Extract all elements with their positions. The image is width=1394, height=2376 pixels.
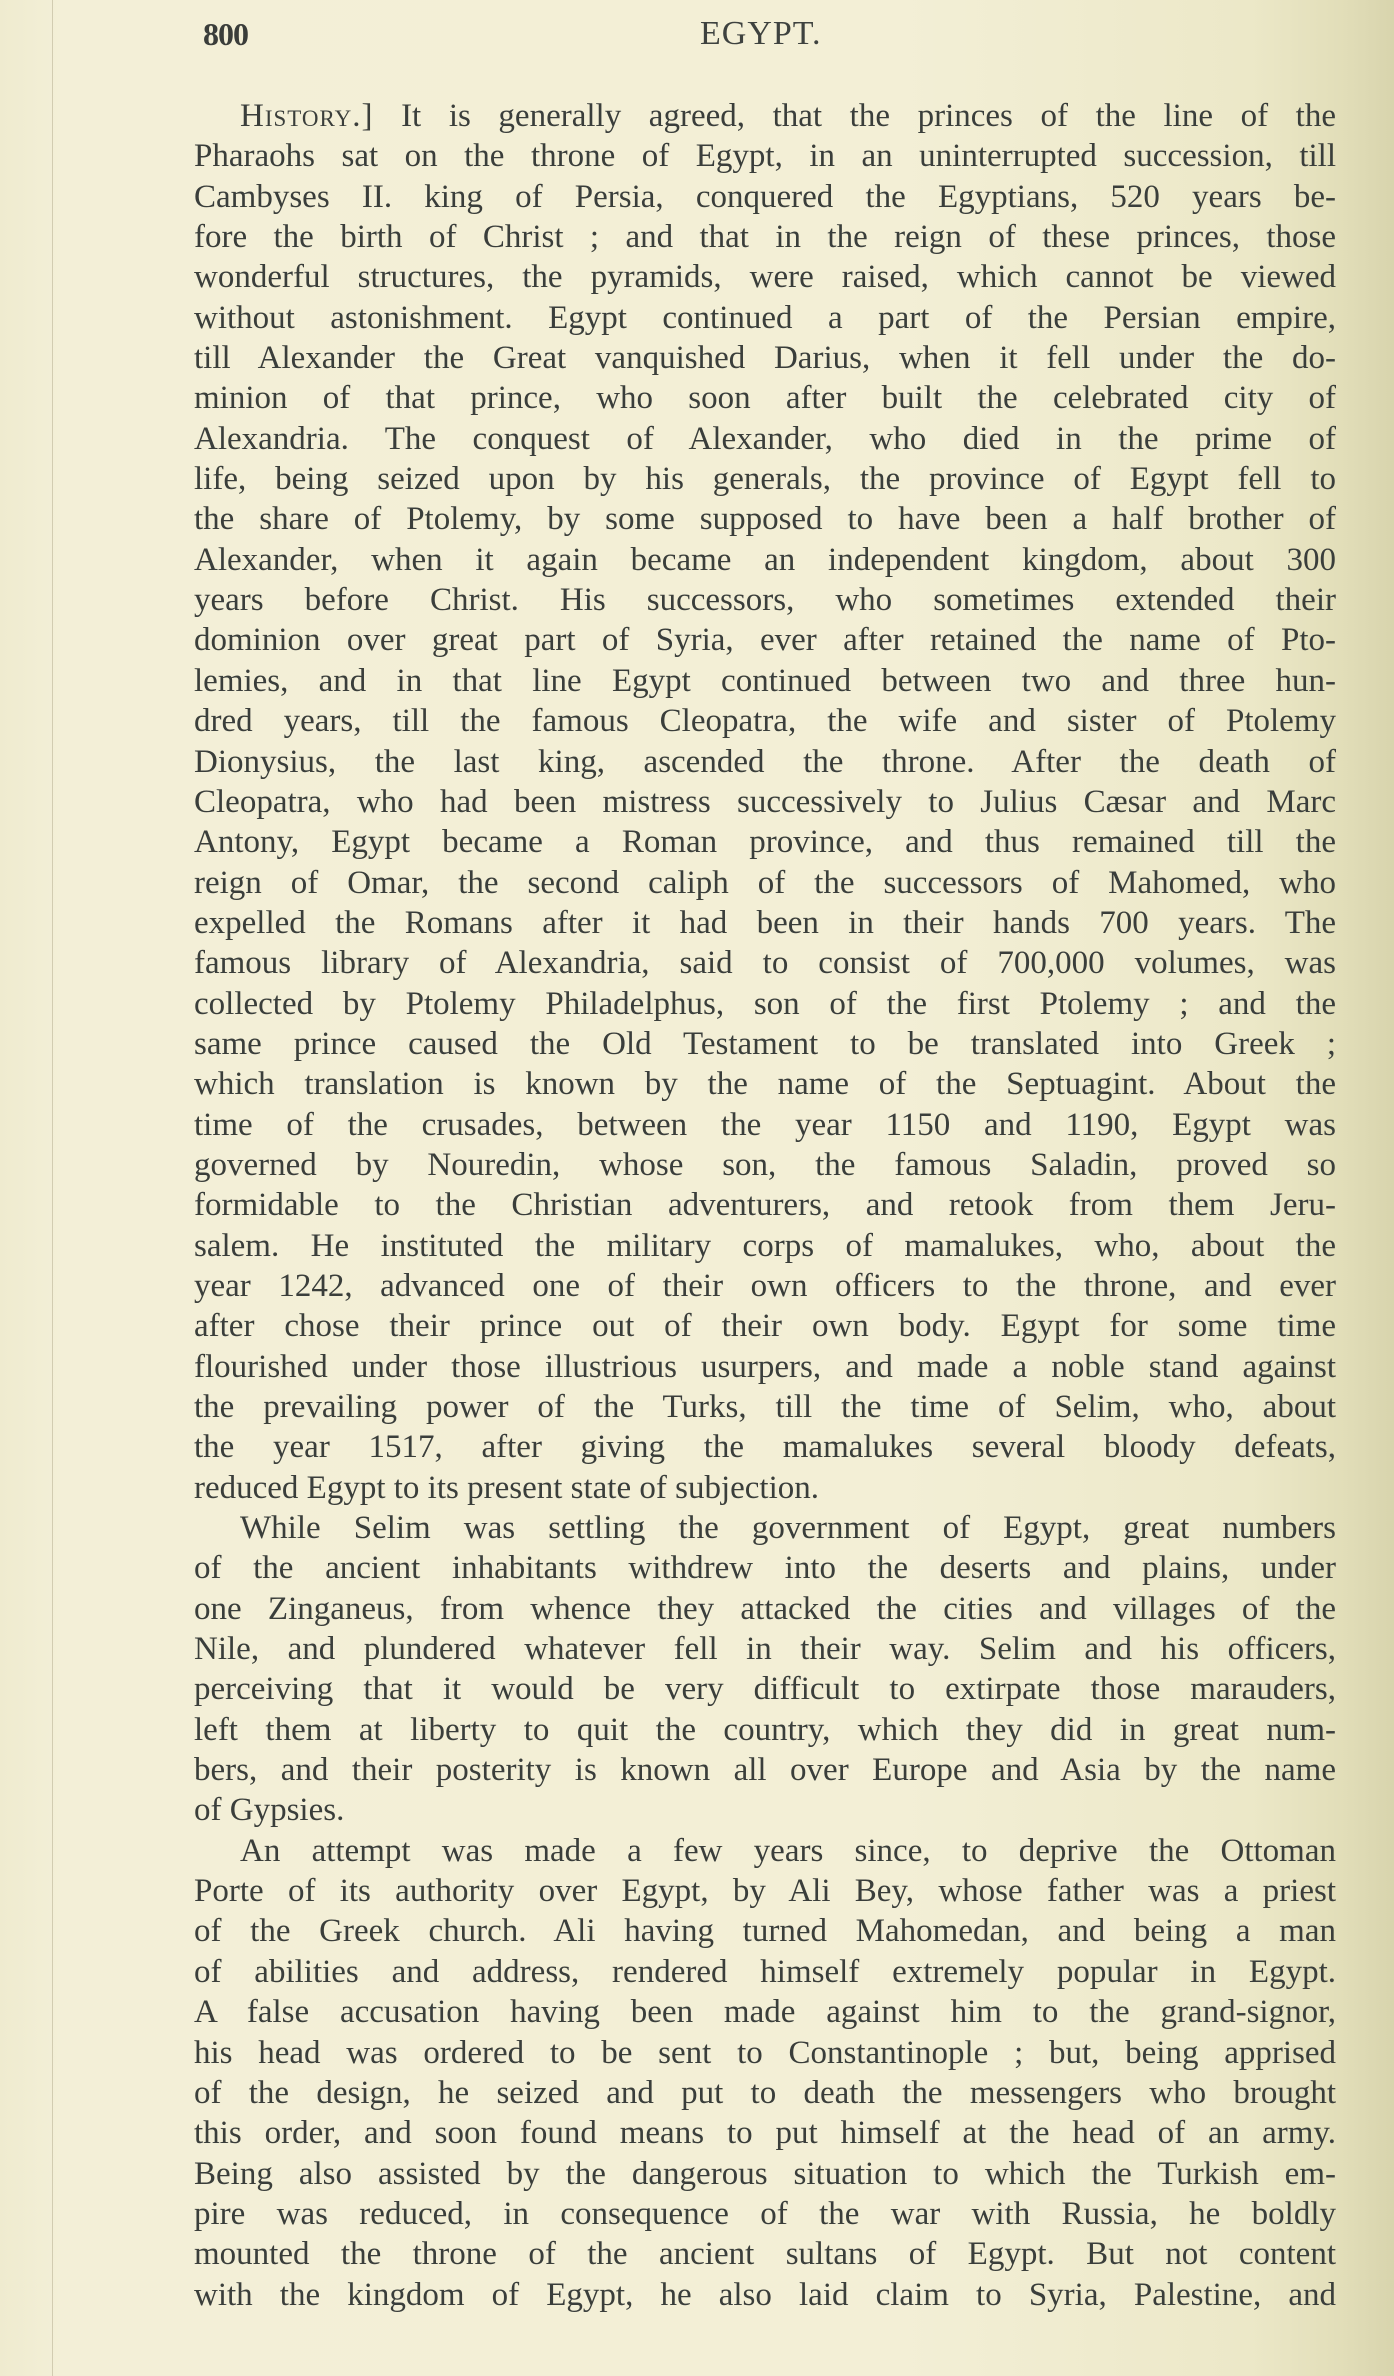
text-line: perceiving that it would be very difficu… — [194, 1669, 1336, 1709]
text-line: governed by Nouredin, whose son, the fam… — [194, 1145, 1336, 1185]
text-line: of abilities and address, rendered himse… — [194, 1952, 1336, 1992]
text-line: the prevailing power of the Turks, till … — [194, 1387, 1336, 1427]
text-line: Cambyses II. king of Persia, conquered t… — [194, 177, 1336, 217]
text-line: which translation is known by the name o… — [194, 1064, 1336, 1104]
text-line: reduced Egypt to its present state of su… — [194, 1468, 1336, 1508]
text-line: with the kingdom of Egypt, he also laid … — [194, 2275, 1336, 2315]
text-line: mounted the throne of the ancient sultan… — [194, 2234, 1336, 2274]
text-line: one Zinganeus, from whence they attacked… — [194, 1589, 1336, 1629]
text-line: pire was reduced, in consequence of the … — [194, 2194, 1336, 2234]
text-line: of the ancient inhabitants withdrew into… — [194, 1548, 1336, 1588]
text-line: year 1242, advanced one of their own off… — [194, 1266, 1336, 1306]
page-number: 800 — [203, 16, 248, 52]
text-line: Pharaohs sat on the throne of Egypt, in … — [194, 136, 1336, 176]
text-line: of Gypsies. — [194, 1790, 1336, 1830]
text-line: reign of Omar, the second caliph of the … — [194, 863, 1336, 903]
text-line: Alexandria. The conquest of Alexander, w… — [194, 419, 1336, 459]
text-line: this order, and soon found means to put … — [194, 2113, 1336, 2153]
text-line: same prince caused the Old Testament to … — [194, 1024, 1336, 1064]
text-line: formidable to the Christian adventurers,… — [194, 1185, 1336, 1225]
text-line: without astonishment. Egypt continued a … — [194, 298, 1336, 338]
text-line: Cleopatra, who had been mistress success… — [194, 782, 1336, 822]
text-line: of the Greek church. Ali having turned M… — [194, 1911, 1336, 1951]
text-line: expelled the Romans after it had been in… — [194, 903, 1336, 943]
text-line: of the design, he seized and put to deat… — [194, 2073, 1336, 2113]
body-text: History.] It is generally agreed, that t… — [194, 96, 1336, 2315]
book-page: 800 EGYPT. History.] It is generally agr… — [0, 0, 1394, 2376]
text-line: collected by Ptolemy Philadelphus, son o… — [194, 984, 1336, 1024]
text-line: An attempt was made a few years since, t… — [194, 1831, 1336, 1871]
text-line: dred years, till the famous Cleopatra, t… — [194, 701, 1336, 741]
text-line: left them at liberty to quit the country… — [194, 1710, 1336, 1750]
text-line: flourished under those illustrious usurp… — [194, 1347, 1336, 1387]
text-line: after chose their prince out of their ow… — [194, 1306, 1336, 1346]
text-line: years before Christ. His successors, who… — [194, 580, 1336, 620]
text-line: A false accusation having been made agai… — [194, 1992, 1336, 2032]
running-head: 800 EGYPT. — [0, 12, 1394, 56]
text-line: Nile, and plundered whatever fell in the… — [194, 1629, 1336, 1669]
text-line: minion of that prince, who soon after bu… — [194, 378, 1336, 418]
text-line: his head was ordered to be sent to Const… — [194, 2033, 1336, 2073]
page-edge-line — [52, 0, 53, 2376]
text-line: Dionysius, the last king, ascended the t… — [194, 742, 1336, 782]
text-line: salem. He instituted the military corps … — [194, 1226, 1336, 1266]
paragraph-ali-bey: An attempt was made a few years since, t… — [194, 1831, 1336, 2315]
running-title: EGYPT. — [700, 16, 822, 52]
text-line: till Alexander the Great vanquished Dari… — [194, 338, 1336, 378]
text-line: the share of Ptolemy, by some supposed t… — [194, 499, 1336, 539]
text-line: While Selim was settling the government … — [194, 1508, 1336, 1548]
text-line: Alexander, when it again became an indep… — [194, 540, 1336, 580]
section-heading: History.] — [240, 98, 373, 134]
text-line: fore the birth of Christ ; and that in t… — [194, 217, 1336, 257]
paragraph-gypsies: While Selim was settling the government … — [194, 1508, 1336, 1831]
text-line: famous library of Alexandria, said to co… — [194, 943, 1336, 983]
text-line: the year 1517, after giving the mamaluke… — [194, 1427, 1336, 1467]
paragraph-history: History.] It is generally agreed, that t… — [194, 96, 1336, 1508]
text-line: life, being seized upon by his generals,… — [194, 459, 1336, 499]
text-line: wonderful structures, the pyramids, were… — [194, 257, 1336, 297]
text-line: bers, and their posterity is known all o… — [194, 1750, 1336, 1790]
text-line: time of the crusades, between the year 1… — [194, 1105, 1336, 1145]
text-line: Being also assisted by the dangerous sit… — [194, 2154, 1336, 2194]
text-line: History.] It is generally agreed, that t… — [194, 96, 1336, 136]
text-line: dominion over great part of Syria, ever … — [194, 620, 1336, 660]
text-line: lemies, and in that line Egypt continued… — [194, 661, 1336, 701]
text-line: Antony, Egypt became a Roman province, a… — [194, 822, 1336, 862]
text-line: Porte of its authority over Egypt, by Al… — [194, 1871, 1336, 1911]
